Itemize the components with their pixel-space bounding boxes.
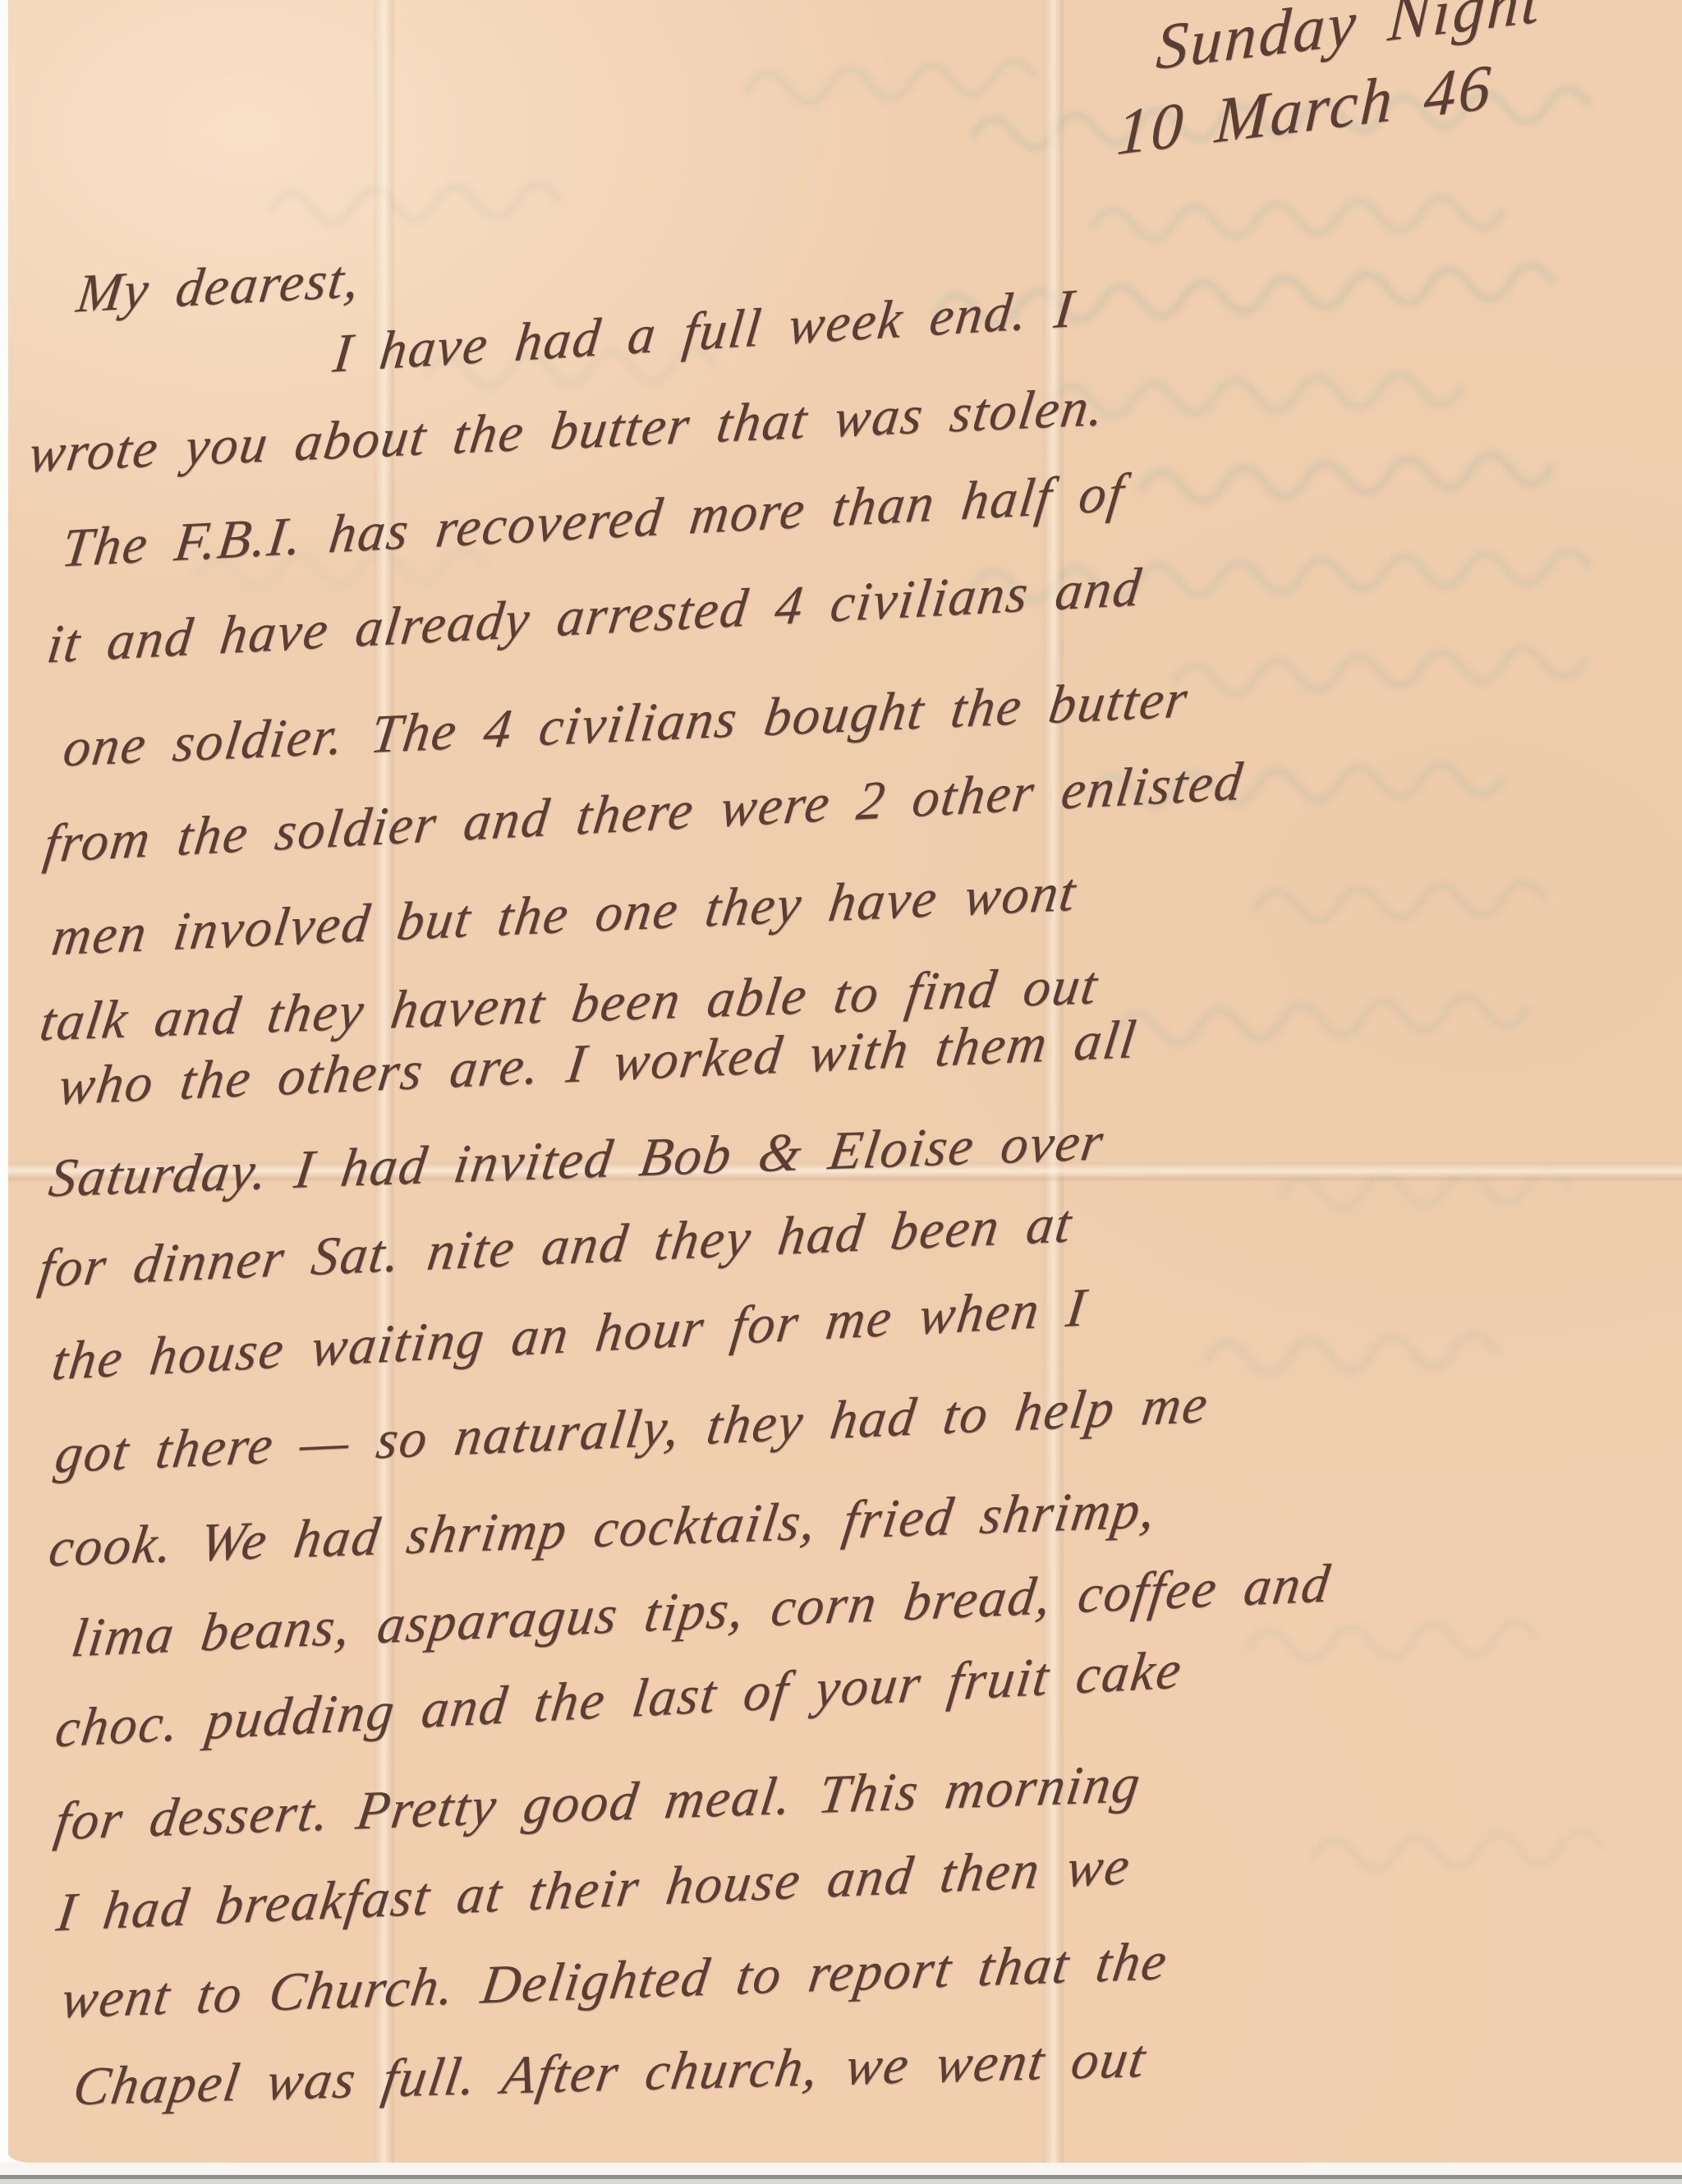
handwritten-line: got there — so naturally, they had to he… — [52, 1377, 1211, 1483]
handwritten-line: for dinner Sat. nite and they had been a… — [35, 1197, 1076, 1296]
handwritten-line: from the soldier and there were 2 other … — [41, 754, 1247, 871]
handwritten-line: The F.B.I. has recovered more than half … — [59, 466, 1128, 576]
handwritten-line: the house waiting an hour for me when I — [49, 1281, 1090, 1389]
handwritten-line: went to Church. Delighted to report that… — [58, 1934, 1172, 2027]
handwritten-line: it and have already arrested 4 civilians… — [44, 560, 1145, 672]
scan-edge-foot — [0, 2179, 1682, 2184]
handwritten-line: one soldier. The 4 civilians bought the … — [60, 672, 1192, 775]
handwritten-line: I have had a full week end. I — [330, 282, 1078, 382]
handwritten-line: Chapel was full. After church, we went o… — [70, 2032, 1150, 2114]
handwritten-line: for dessert. Pretty good meal. This morn… — [52, 1757, 1145, 1850]
handwritten-line: cook. We had shrimp cocktails, fried shr… — [46, 1483, 1160, 1575]
salutation: My dearest, — [74, 252, 364, 322]
handwritten-line: I had breakfast at their house and then … — [53, 1839, 1134, 1941]
scan-edge-left — [0, 0, 8, 2184]
handwritten-line: men involved but the one they have wont — [48, 866, 1080, 965]
handwritten-line: Saturday. I had invited Bob & Eloise ove… — [46, 1115, 1108, 1206]
handwritten-line: wrote you about the butter that was stol… — [25, 380, 1108, 482]
letter-paper: Sunday Night 10 March 46 My dearest, I h… — [8, 0, 1682, 2163]
scan-edge-bottom — [0, 2163, 1682, 2175]
